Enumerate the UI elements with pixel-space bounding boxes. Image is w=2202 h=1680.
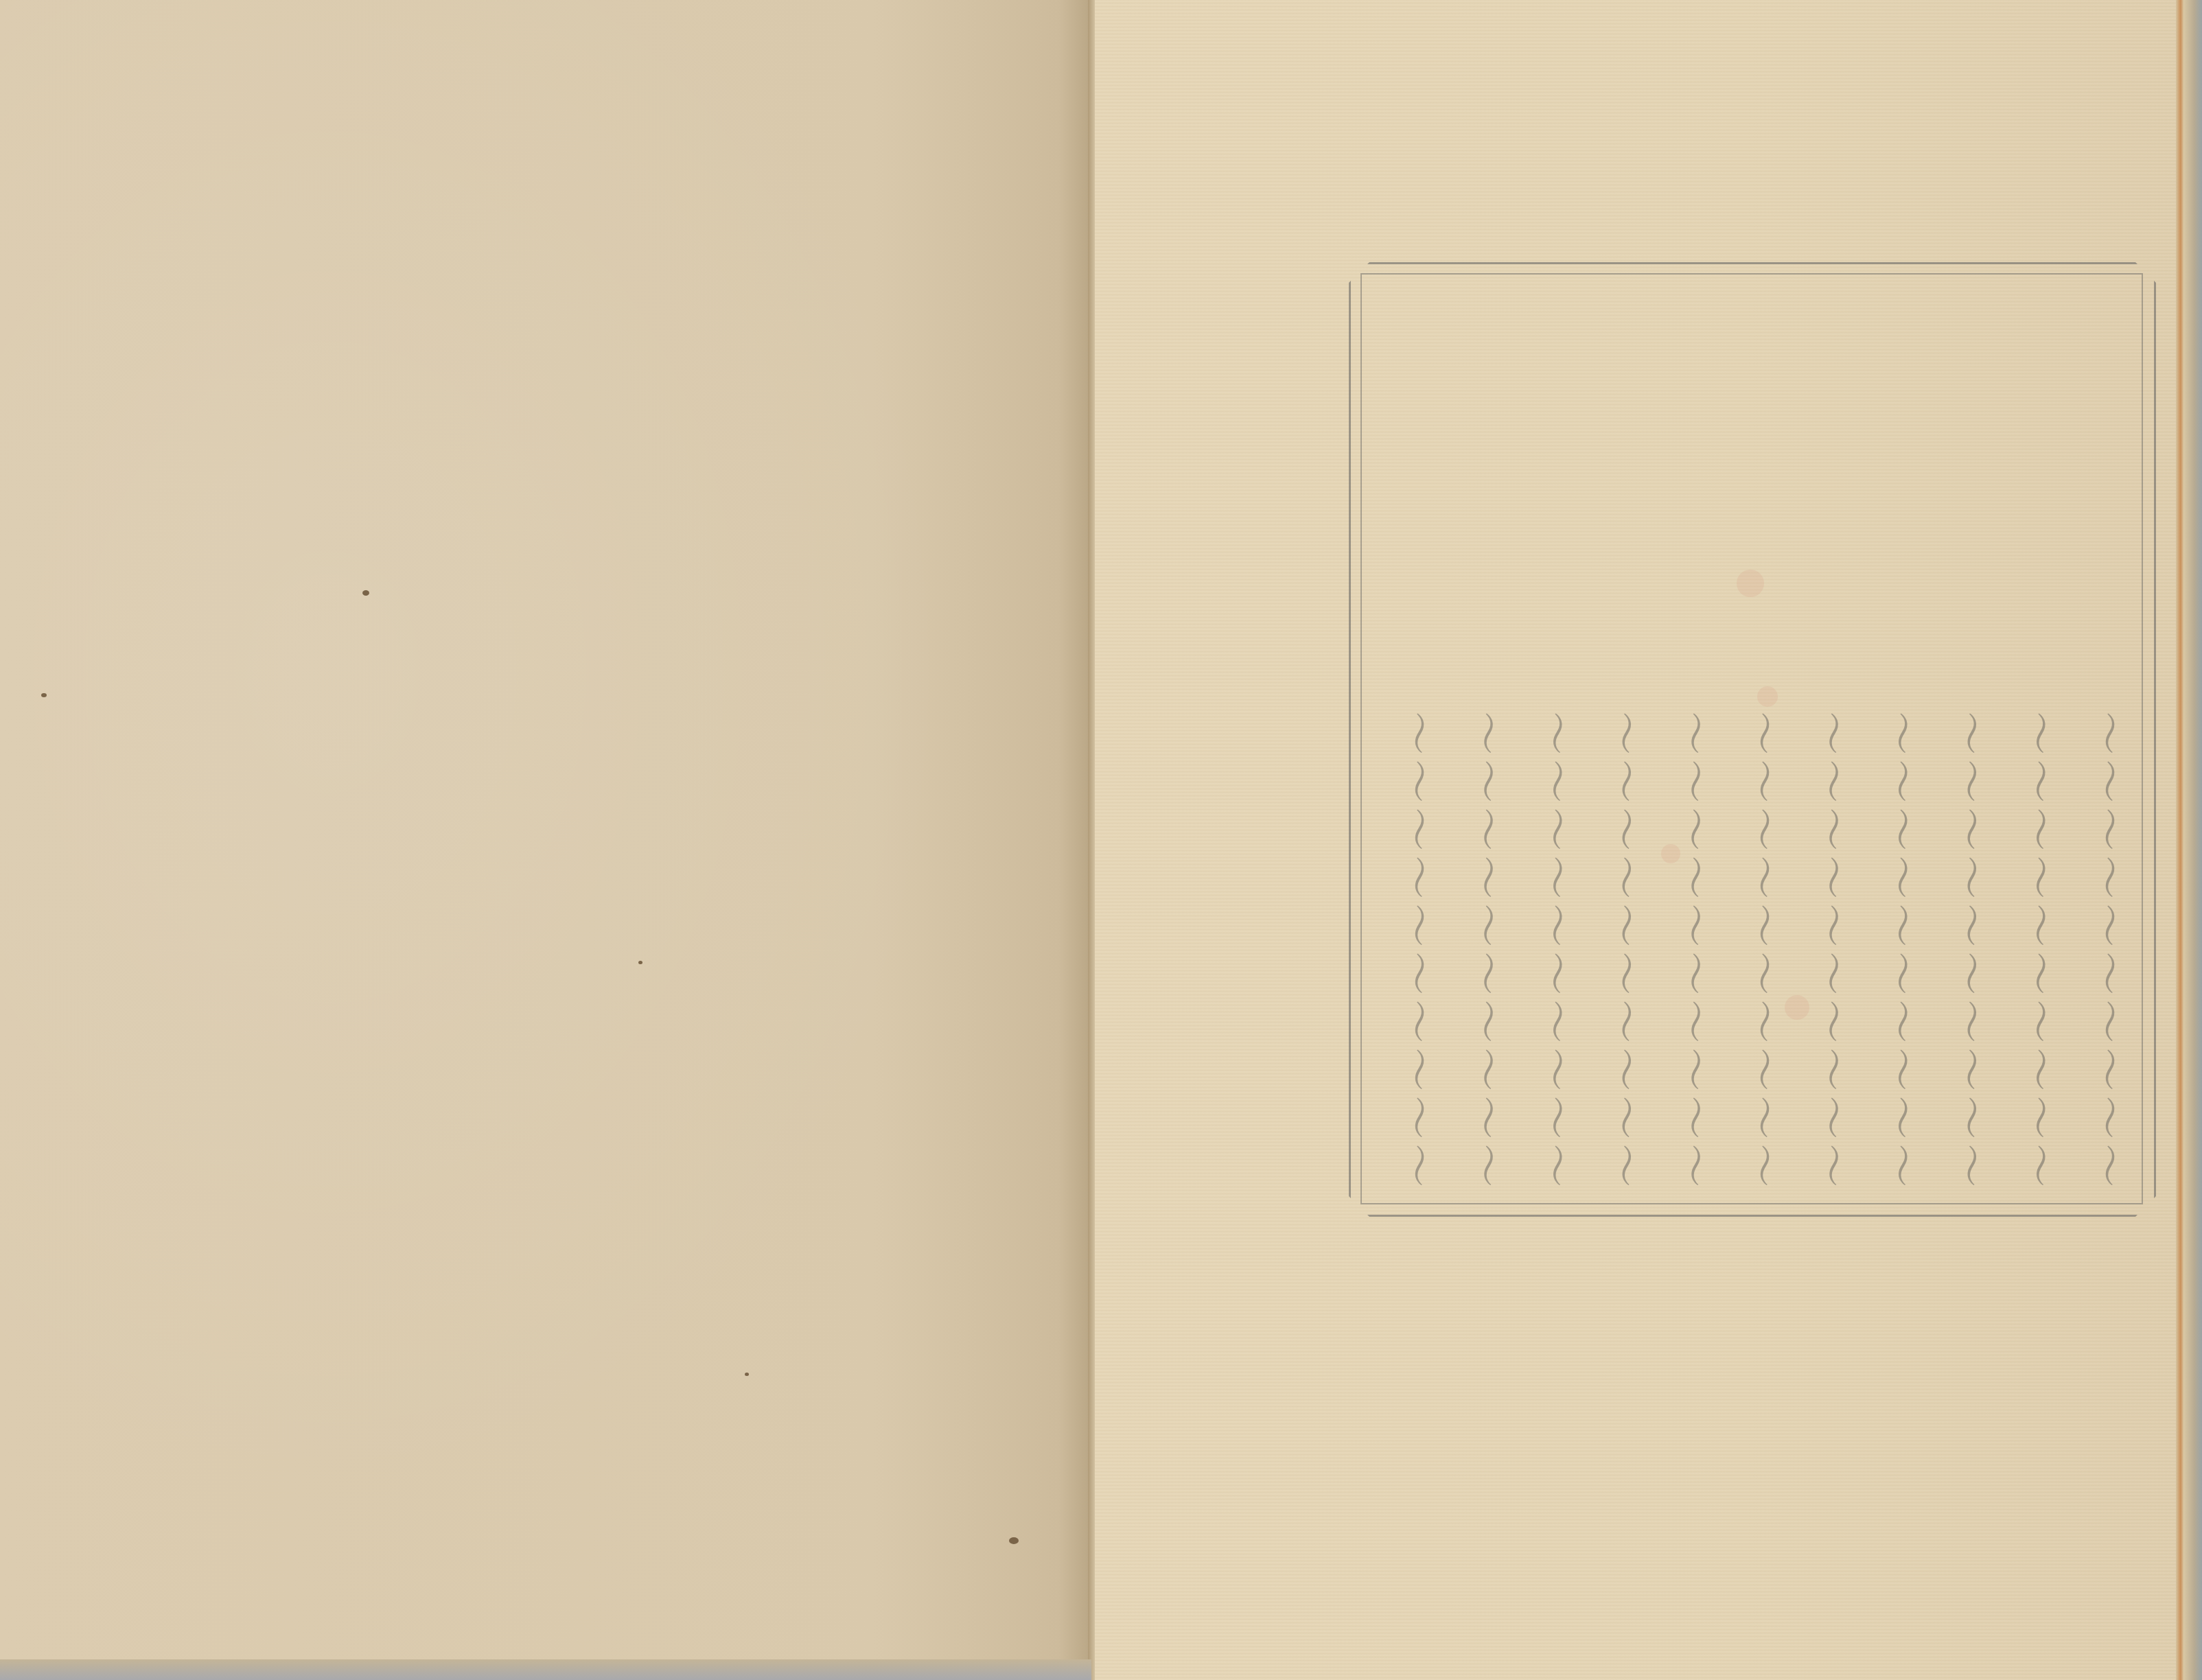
- text-column: 〜〜〜〜〜〜〜〜〜〜: [1518, 288, 1575, 1187]
- paper-speck: [1009, 1537, 1019, 1544]
- paper-speck: [745, 1373, 749, 1376]
- paper-speck: [41, 693, 47, 697]
- paper-speck: [638, 961, 642, 964]
- text-column: 〜〜〜〜〜〜〜〜〜〜: [1725, 288, 1783, 1187]
- text-column: 〜〜〜〜〜〜〜〜〜〜: [1656, 288, 1713, 1187]
- text-column: 〜〜〜〜〜〜〜〜〜〜: [2001, 288, 2059, 1187]
- book-fore-edge: [2176, 0, 2202, 1680]
- bleed-through-text-block: 〜〜〜〜〜〜〜〜〜〜 〜〜〜〜〜〜〜〜〜〜 〜〜〜〜〜〜〜〜〜〜 〜〜〜〜〜〜〜…: [1380, 288, 2128, 1187]
- text-column: 〜〜〜〜〜〜〜〜〜〜: [1587, 288, 1645, 1187]
- left-page: [0, 0, 1091, 1680]
- text-column: 〜〜〜〜〜〜〜〜〜〜: [2070, 288, 2128, 1187]
- text-column: 〜〜〜〜〜〜〜〜〜〜: [1794, 288, 1852, 1187]
- text-column: 〜〜〜〜〜〜〜〜〜〜: [1932, 288, 1990, 1187]
- text-column: 〜〜〜〜〜〜〜〜〜〜: [1449, 288, 1507, 1187]
- text-column: 〜〜〜〜〜〜〜〜〜〜: [1863, 288, 1921, 1187]
- paper-speck: [362, 590, 369, 596]
- text-column: 〜〜〜〜〜〜〜〜〜〜: [1380, 288, 1437, 1187]
- background-strip: [0, 1659, 1091, 1680]
